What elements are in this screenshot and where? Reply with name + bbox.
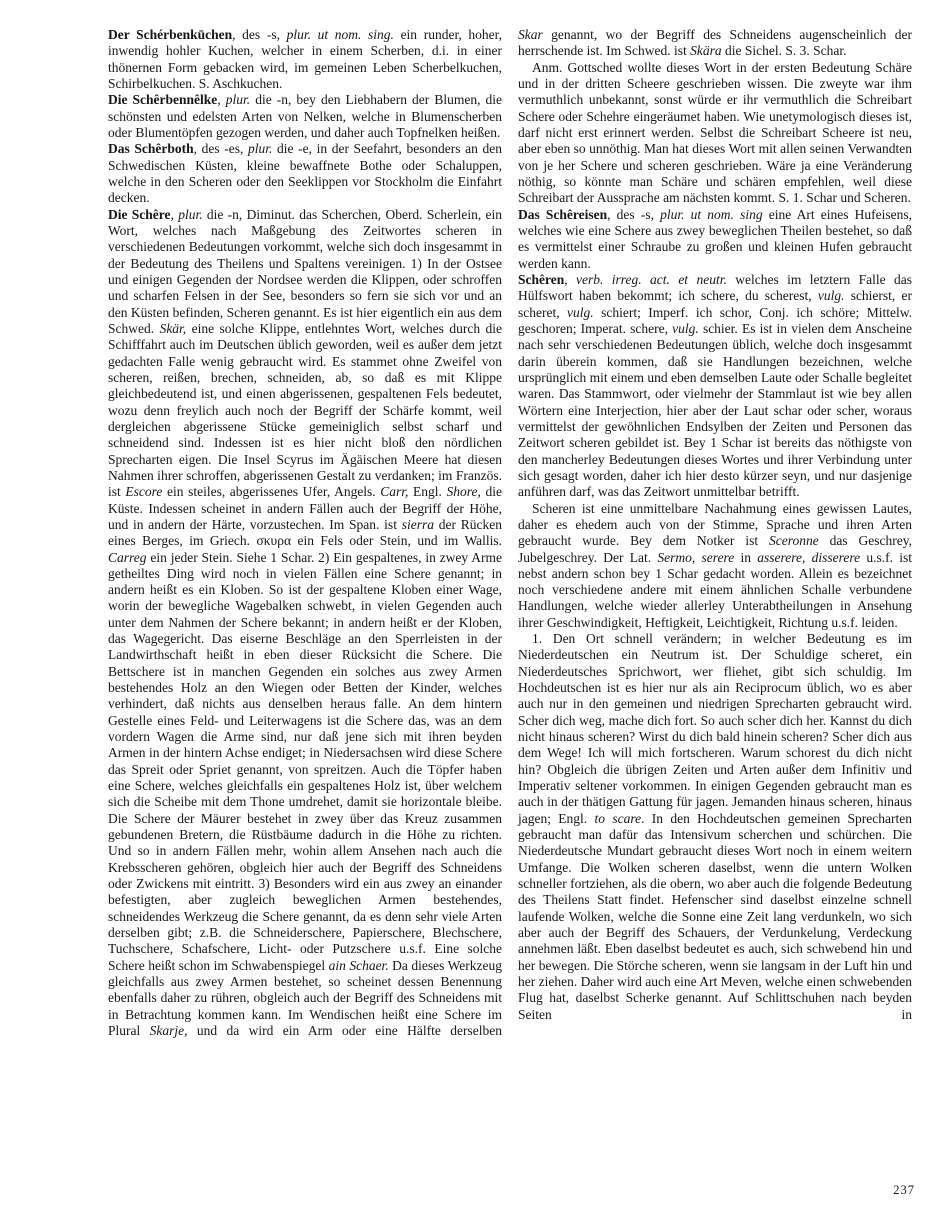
entry-schere: Die Schêre, plur. die -n, Diminut. das S… bbox=[108, 207, 502, 1040]
page-number: 237 bbox=[893, 1183, 915, 1198]
left-column: Der Schérbenkūchen, des -s, plur. ut nom… bbox=[108, 27, 502, 1039]
entry-scheren-etymology: Scheren ist eine unmittelbare Nachahmung… bbox=[518, 501, 912, 632]
entry-schereisen: Das Schêreisen, des -s, plur. ut nom. si… bbox=[518, 207, 912, 272]
dictionary-page: Der Schérbenkūchen, des -s, plur. ut nom… bbox=[0, 0, 935, 1210]
entry-scherbennelke: Die Schêrbennêlke, plur. die -n, bey den… bbox=[108, 92, 502, 141]
entry-scherbenkuchen: Der Schérbenkūchen, des -s, plur. ut nom… bbox=[108, 27, 502, 92]
right-column: Skar genannt, wo der Begriff des Schneid… bbox=[518, 27, 912, 1023]
entry-scherboth: Das Schêrboth, des -es, plur. die -e, in… bbox=[108, 141, 502, 206]
entry-schere-continuation: Skar genannt, wo der Begriff des Schneid… bbox=[518, 27, 912, 60]
entry-scheren-meaning-1: 1. Den Ort schnell verändern; in welcher… bbox=[518, 631, 912, 1023]
entry-schere-anmerkung: Anm. Gottsched wollte dieses Wort in der… bbox=[518, 60, 912, 207]
entry-scheren-verb: Schêren, verb. irreg. act. et neutr. wel… bbox=[518, 272, 912, 501]
